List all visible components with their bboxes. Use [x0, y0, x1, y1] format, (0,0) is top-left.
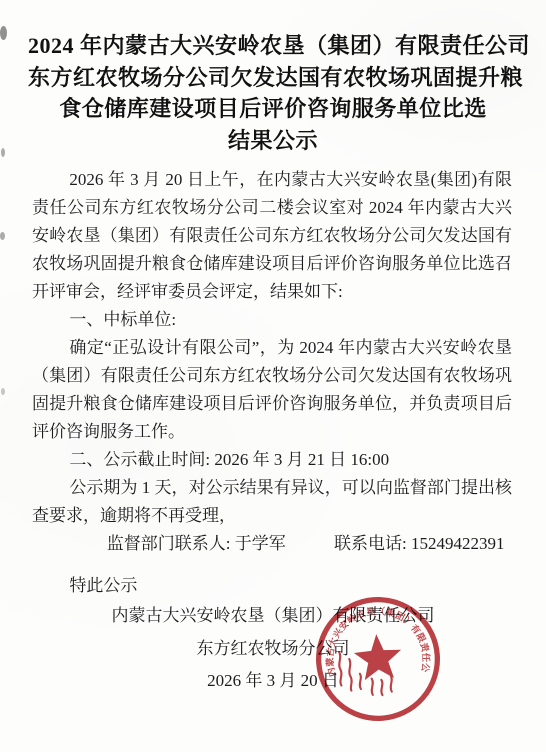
- title-line-1: 2024 年内蒙古大兴安岭农垦（集团）有限责任公司: [28, 30, 518, 62]
- contact-phone: 联系电话: 15249422391: [334, 534, 504, 553]
- signature-block: 内蒙古大兴安岭农垦（集团）有限责任公司 东方红农牧场分公司 2026 年 3 月…: [0, 600, 546, 698]
- title-line-3: 食仓储库建设项目后评价咨询服务单位比选: [28, 93, 518, 125]
- scan-artifact: [0, 26, 7, 40]
- contact-line: 监督部门联系人: 于学军 联系电话: 15249422391: [32, 530, 512, 558]
- supervisor-contact: 监督部门联系人: 于学军: [107, 534, 286, 553]
- scan-artifact: [0, 232, 5, 240]
- title-line-4: 结果公示: [28, 125, 518, 157]
- paragraph-meeting: 2026 年 3 月 20 日上午，在内蒙古大兴安岭农垦(集团)有限责任公司东方…: [32, 166, 512, 306]
- scan-artifact: [1, 388, 5, 395]
- signature-company: 内蒙古大兴安岭农垦（集团）有限责任公司: [0, 600, 546, 633]
- document-body: 2026 年 3 月 20 日上午，在内蒙古大兴安岭农垦(集团)有限责任公司东方…: [0, 166, 546, 600]
- signature-branch: 东方红农牧场分公司: [0, 633, 546, 666]
- section-2-heading: 二、公示截止时间: 2026 年 3 月 21 日 16:00: [32, 446, 512, 474]
- document-page: 2024 年内蒙古大兴安岭农垦（集团）有限责任公司 东方红农牧场分公司欠发达国有…: [0, 0, 546, 752]
- paragraph-winner: 确定“正弘设计有限公司”，为 2024 年内蒙古大兴安岭农垦（集团）有限责任公司…: [32, 334, 512, 446]
- paragraph-objection: 公示期为 1 天，对公示结果有异议，可以向监督部门提出核查要求，逾期将不再受理，: [32, 474, 512, 530]
- section-1-heading: 一、中标单位:: [32, 306, 512, 334]
- document-title: 2024 年内蒙古大兴安岭农垦（集团）有限责任公司 东方红农牧场分公司欠发达国有…: [0, 0, 546, 156]
- scan-artifact: [1, 148, 5, 157]
- signature-date: 2026 年 3 月 20 日: [0, 665, 546, 698]
- official-seal-icon: 内蒙古大兴安岭农垦（集团）有限责任公司东方红农牧场分公司: [306, 584, 449, 733]
- title-line-2: 东方红农牧场分公司欠发达国有农牧场巩固提升粮: [28, 62, 518, 94]
